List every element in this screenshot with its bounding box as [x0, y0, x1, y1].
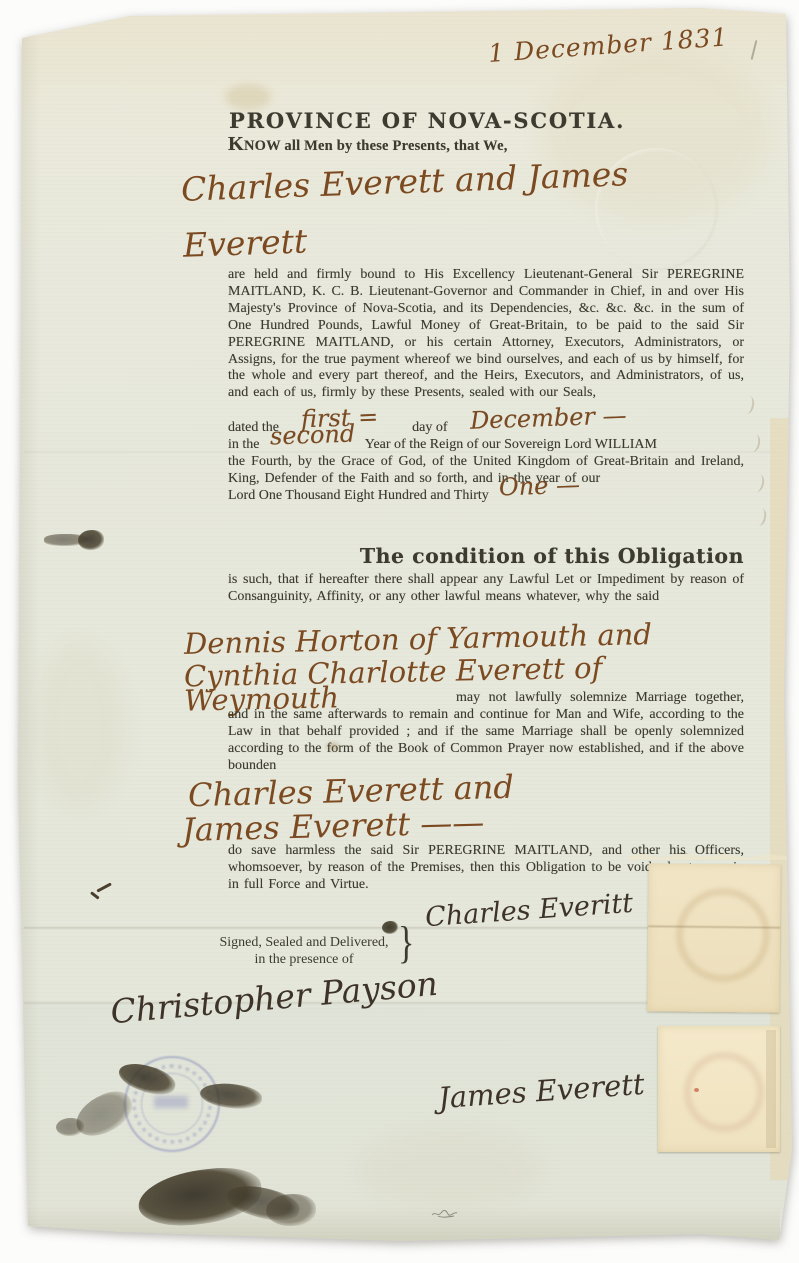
ink-smudge	[78, 530, 104, 550]
attestation-line2: in the presence of	[200, 951, 408, 968]
regnal-line-text: Year of the Reign of our Sovereign Lord …	[365, 437, 657, 452]
pencil-mark	[430, 1206, 462, 1220]
foxing-stain	[360, 1130, 540, 1210]
document-title: PROVINCE OF NOVA-SCOTIA.	[229, 108, 749, 133]
wax-seal-impression	[684, 1052, 764, 1132]
paper-edge-shading-left	[18, 30, 40, 1230]
stamp-center-mark	[154, 1096, 188, 1108]
ink-blot	[266, 1194, 316, 1226]
condition-heading: The condition of this Obligation	[228, 544, 744, 568]
year-words-line: Lord One Thousand Eight Hundred and Thir…	[228, 488, 768, 504]
seal-repair-patch-lower	[658, 1026, 780, 1152]
bond-clause-continuation: the Fourth, by the Grace of God, of the …	[228, 454, 744, 488]
condition-opening: is such, that if hereafter there shall a…	[228, 572, 744, 606]
small-stain	[324, 740, 342, 753]
in-the-label: in the	[228, 437, 260, 452]
document-scan: 1 December 1831 PROVINCE OF NOVA-SCOTIA.…	[0, 0, 799, 1263]
wax-seal-impression	[676, 888, 771, 983]
month-filled: December —	[470, 415, 626, 420]
bond-clause-body: are held and firmly bound to His Excelle…	[228, 267, 744, 402]
day-filled: first =	[301, 417, 378, 420]
wax-speck	[694, 1088, 699, 1092]
patch-edge-strip	[766, 1030, 776, 1148]
seal-repair-patch-upper	[647, 863, 781, 1012]
attestation-label: Signed, Sealed and Delivered, in the pre…	[200, 934, 408, 968]
ink-blot	[382, 921, 398, 934]
ink-blot	[56, 1118, 84, 1136]
marriage-terms: may not lawfully solemnize Marriage toge…	[228, 690, 744, 775]
obligor-names-handwritten: Charles Everett and James Everett	[180, 146, 631, 274]
regnal-year-line: in thesecondYear of the Reign of our Sov…	[228, 437, 768, 453]
check-pen-mark	[88, 884, 110, 904]
foxing-stain	[225, 84, 271, 110]
regnal-year-filled: second	[270, 434, 355, 437]
ink-blot	[104, 1236, 124, 1248]
paper-edge-shading-bottom	[20, 1205, 780, 1243]
attestation-line1: Signed, Sealed and Delivered,	[200, 934, 408, 951]
day-of-label: day of	[412, 420, 447, 435]
bond-paper-sheet: 1 December 1831 PROVINCE OF NOVA-SCOTIA.…	[0, 0, 799, 1263]
year-words-label: Lord One Thousand Eight Hundred and Thir…	[228, 488, 489, 503]
foxing-stain	[34, 640, 124, 810]
year-filled: One —	[499, 485, 580, 488]
attestation-brace: }	[398, 918, 414, 969]
